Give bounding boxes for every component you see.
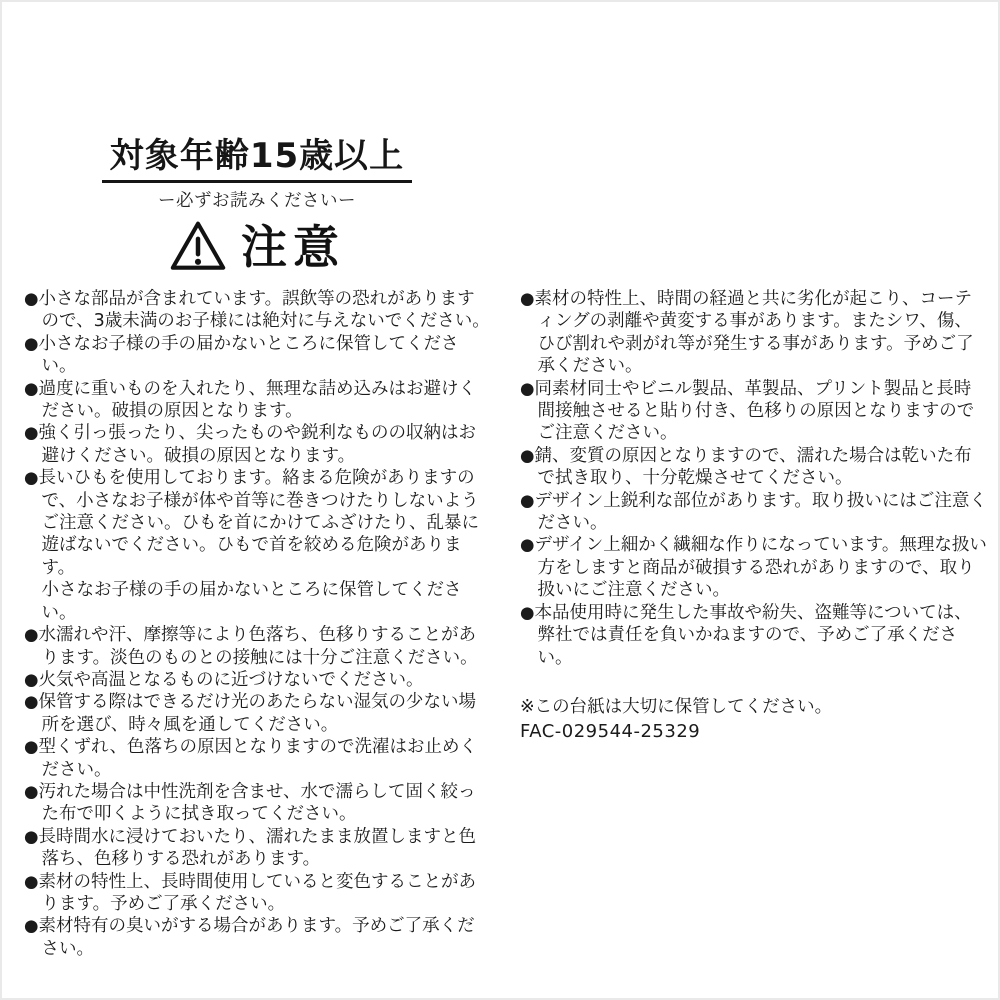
warning-text: 素材の特性上、長時間使用していると変色することがあります。予めご了承ください。 — [39, 872, 477, 914]
bullet-icon: ● — [24, 692, 39, 711]
footer: ※この台紙は大切に保管してください。 FAC-029544-25329 — [520, 695, 988, 745]
bullet-icon: ● — [24, 289, 39, 308]
warning-item: ●過度に重いものを入れたり、無理な詰め込みはお避けください。破損の原因となります… — [24, 378, 490, 423]
warning-text: デザイン上鋭利な部位があります。取り扱いにはご注意ください。 — [535, 491, 987, 533]
warning-item: ●デザイン上細かく繊細な作りになっています。無理な扱い方をしますと商品が破損する… — [520, 534, 988, 601]
product-code: FAC-029544-25329 — [520, 719, 988, 745]
caution-heading: 注意 — [2, 220, 512, 274]
caution-label: 注意 — [241, 224, 345, 270]
warning-text: 長時間水に浸けておいたり、濡れたまま放置しますと色落ち、色移りする恐れがあります… — [39, 827, 477, 869]
warning-item: ●火気や高温となるものに近づけないでください。 — [24, 669, 490, 691]
warning-item: ●同素材同士やビニル製品、革製品、プリント製品と長時間接触させると貼り付き、色移… — [520, 378, 988, 445]
warning-item: ●素材の特性上、長時間使用していると変色することがあります。予めご了承ください。 — [24, 871, 490, 916]
warnings-column-left: ●小さな部品が含まれています。誤飲等の恐れがありますので、3歳未満のお子様には絶… — [24, 288, 490, 960]
warning-text: 錆、変質の原因となりますので、濡れた場合は乾いた布で拭き取り、十分乾燥させてくだ… — [535, 446, 972, 488]
warning-text: 水濡れや汗、摩擦等により色落ち、色移りすることがあります。淡色のものとの接触には… — [39, 625, 478, 667]
warning-item: ●デザイン上鋭利な部位があります。取り扱いにはご注意ください。 — [520, 490, 988, 535]
bullet-icon: ● — [24, 916, 39, 935]
bullet-icon: ● — [24, 468, 39, 487]
warning-text: デザイン上細かく繊細な作りになっています。無理な扱い方をしますと商品が破損する恐… — [535, 535, 987, 600]
warning-text: 型くずれ、色落ちの原因となりますので洗濯はお止めください。 — [39, 737, 478, 779]
warning-item: ●保管する際はできるだけ光のあたらない湿気の少ない場所を選び、時々風を通してくだ… — [24, 691, 490, 736]
bullet-icon: ● — [24, 670, 39, 689]
warning-item: ●小さなお子様の手の届かないところに保管してください。 — [24, 333, 490, 378]
warning-text: 素材特有の臭いがする場合があります。予めご了承ください。 — [39, 916, 475, 958]
warning-text: 強く引っ張ったり、尖ったものや鋭利なものの収納はお避けください。破損の原因となり… — [39, 423, 477, 465]
warning-item: ●長時間水に浸けておいたり、濡れたまま放置しますと色落ち、色移りする恐れがありま… — [24, 826, 490, 871]
warning-text: 火気や高温となるものに近づけないでください。 — [39, 670, 424, 690]
warning-text: 素材の特性上、時間の経過と共に劣化が起こり、コーティングの剥離や黄変する事があり… — [535, 289, 974, 376]
bullet-icon: ● — [24, 379, 39, 398]
bullet-icon: ● — [520, 535, 535, 554]
bullet-icon: ● — [520, 491, 535, 510]
warning-item: ●強く引っ張ったり、尖ったものや鋭利なものの収納はお避けください。破損の原因とな… — [24, 422, 490, 467]
bullet-icon: ● — [24, 334, 39, 353]
bullet-icon: ● — [520, 446, 535, 465]
warning-text: 汚れた場合は中性洗剤を含ませ、水で濡らして固く絞った布で叩くように拭き取ってくだ… — [39, 782, 476, 824]
bullet-icon: ● — [24, 782, 39, 801]
warning-item: ●水濡れや汗、摩擦等により色落ち、色移りすることがあります。淡色のものとの接触に… — [24, 624, 490, 669]
bullet-icon: ● — [24, 423, 39, 442]
warning-item: ●小さな部品が含まれています。誤飲等の恐れがありますので、3歳未満のお子様には絶… — [24, 288, 490, 333]
warnings-column-right: ●素材の特性上、時間の経過と共に劣化が起こり、コーティングの剥離や黄変する事があ… — [520, 288, 988, 745]
warning-item: ●長いひもを使用しております。絡まる危険がありますので、小さなお子様が体や首等に… — [24, 467, 490, 624]
bullet-icon: ● — [24, 737, 39, 756]
bullet-icon: ● — [520, 289, 535, 308]
bullet-icon: ● — [24, 827, 39, 846]
warning-text: 小さな部品が含まれています。誤飲等の恐れがありますので、3歳未満のお子様には絶対… — [39, 289, 490, 331]
bullet-icon: ● — [520, 603, 535, 622]
bullet-icon: ● — [24, 872, 39, 891]
warning-text: 同素材同士やビニル製品、革製品、プリント製品と長時間接触させると貼り付き、色移り… — [535, 379, 975, 444]
warning-text: 長いひもを使用しております。絡まる危険がありますので、小さなお子様が体や首等に巻… — [39, 468, 480, 622]
warning-text: 過度に重いものを入れたり、無理な詰め込みはお避けください。破損の原因となります。 — [39, 379, 477, 421]
read-note: ー必ずお読みくださいー — [2, 187, 512, 212]
keep-note: ※この台紙は大切に保管してください。 — [520, 695, 988, 719]
warning-text: 小さなお子様の手の届かないところに保管してください。 — [39, 334, 459, 376]
header: 対象年齢15歳以上 ー必ずお読みくださいー 注意 — [2, 138, 512, 274]
warning-triangle-icon — [169, 220, 227, 274]
warning-item: ●本品使用時に発生した事故や紛失、盗難等については、弊社では責任を負いかねますの… — [520, 602, 988, 669]
warning-item: ●素材の特性上、時間の経過と共に劣化が起こり、コーティングの剥離や黄変する事があ… — [520, 288, 988, 378]
warning-list-left: ●小さな部品が含まれています。誤飲等の恐れがありますので、3歳未満のお子様には絶… — [24, 288, 490, 960]
caution-card: 対象年齢15歳以上 ー必ずお読みくださいー 注意 ●小さな部品が含まれています。… — [0, 0, 1000, 1000]
warning-item: ●錆、変質の原因となりますので、濡れた場合は乾いた布で拭き取り、十分乾燥させてく… — [520, 445, 988, 490]
age-notice-text: 対象年齢15歳以上 — [102, 138, 412, 183]
warning-item: ●汚れた場合は中性洗剤を含ませ、水で濡らして固く絞った布で叩くように拭き取ってく… — [24, 781, 490, 826]
bullet-icon: ● — [24, 625, 39, 644]
warning-list-right: ●素材の特性上、時間の経過と共に劣化が起こり、コーティングの剥離や黄変する事があ… — [520, 288, 988, 669]
warning-item: ●素材特有の臭いがする場合があります。予めご了承ください。 — [24, 915, 490, 960]
warning-text: 本品使用時に発生した事故や紛失、盗難等については、弊社では責任を負いかねますので… — [535, 603, 972, 668]
warning-item: ●型くずれ、色落ちの原因となりますので洗濯はお止めください。 — [24, 736, 490, 781]
age-notice-title: 対象年齢15歳以上 — [2, 138, 512, 183]
warning-text: 保管する際はできるだけ光のあたらない湿気の少ない場所を選び、時々風を通してくださ… — [39, 692, 477, 734]
bullet-icon: ● — [520, 379, 535, 398]
